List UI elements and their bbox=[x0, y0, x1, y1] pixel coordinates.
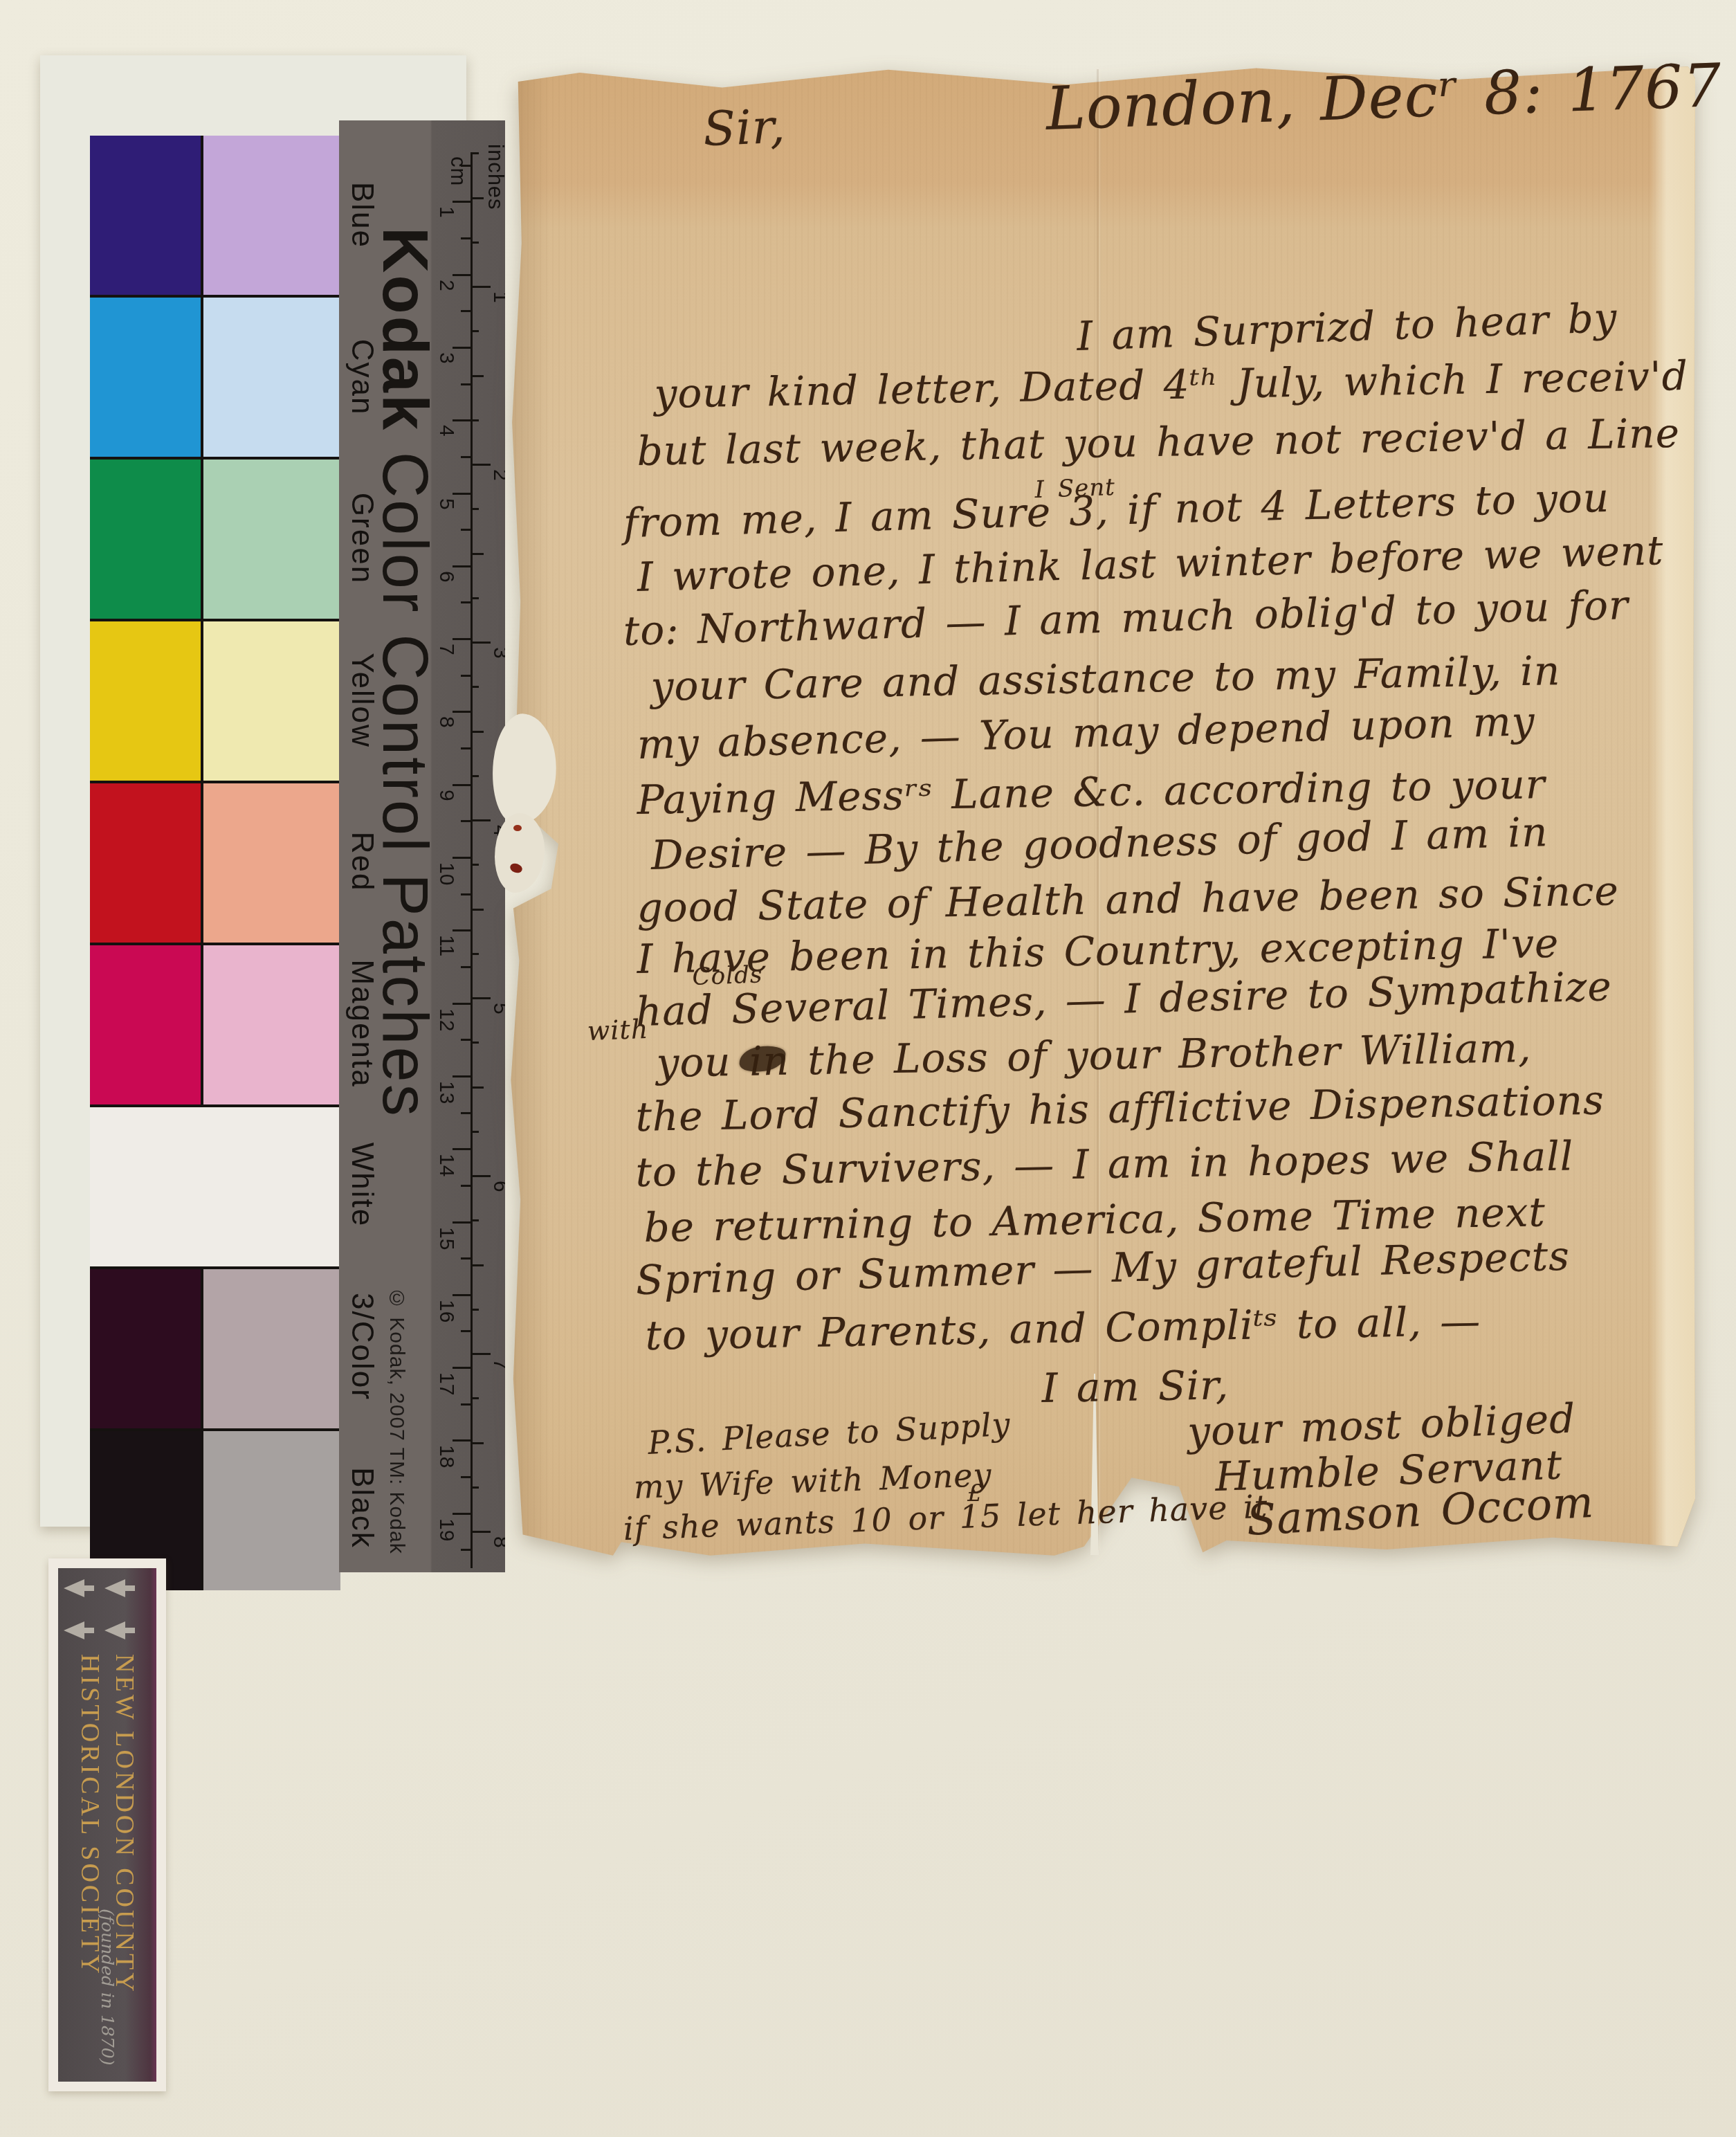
inch-sub-tick bbox=[473, 1264, 484, 1266]
patch-row-white bbox=[90, 1107, 340, 1266]
society-founded-note: (founded in 1870) bbox=[98, 1909, 118, 2065]
cm-half-tick bbox=[461, 1039, 470, 1041]
tint-patch-cyan bbox=[203, 298, 340, 457]
cm-number: 4 bbox=[435, 425, 458, 437]
cm-number: 10 bbox=[435, 862, 458, 885]
patch-label-white: White bbox=[345, 1143, 379, 1227]
cm-tick bbox=[453, 1513, 470, 1515]
inch-sub-tick bbox=[473, 375, 484, 377]
cm-number: 13 bbox=[435, 1081, 458, 1104]
cm-half-tick bbox=[461, 966, 470, 968]
inch-sub-tick bbox=[473, 775, 479, 777]
cm-number: 17 bbox=[435, 1372, 458, 1395]
cm-half-tick bbox=[461, 456, 470, 458]
cm-half-tick bbox=[461, 893, 470, 895]
society-label: NEW LONDON COUNTY HISTORICAL SOCIETY (fo… bbox=[48, 1558, 166, 2091]
tree-icon bbox=[62, 1575, 102, 1616]
tree-ornaments bbox=[62, 1575, 143, 1658]
cm-tick bbox=[453, 419, 470, 421]
cm-tick bbox=[453, 711, 470, 713]
tint-patch-yellow bbox=[203, 621, 340, 781]
cm-half-tick bbox=[461, 1185, 470, 1187]
cm-half-tick bbox=[461, 310, 470, 312]
tint-patch-blue bbox=[203, 136, 340, 295]
tint-patch-magenta bbox=[203, 945, 340, 1104]
inch-tick bbox=[473, 286, 491, 288]
cm-number: 8 bbox=[435, 716, 458, 728]
tint-patch-red bbox=[203, 783, 340, 943]
inch-sub-tick bbox=[473, 553, 484, 555]
color-patch-yellow bbox=[90, 621, 201, 781]
cm-half-tick bbox=[461, 165, 470, 167]
cm-tick bbox=[453, 1075, 470, 1077]
inch-tick bbox=[473, 997, 491, 999]
cm-number: 9 bbox=[435, 790, 458, 801]
inch-sub-tick bbox=[473, 152, 479, 154]
tree-icon bbox=[103, 1575, 143, 1616]
inch-tick bbox=[473, 1353, 491, 1355]
inch-sub-tick bbox=[473, 1309, 479, 1311]
patch-row-blue bbox=[90, 136, 340, 295]
inch-sub-tick bbox=[473, 909, 484, 911]
cm-half-tick bbox=[461, 747, 470, 749]
cm-number: 2 bbox=[435, 280, 458, 291]
cm-half-tick bbox=[461, 820, 470, 822]
letter-line: Sir, bbox=[702, 100, 787, 157]
inch-sub-tick bbox=[473, 1397, 479, 1399]
inch-number: 3 bbox=[488, 647, 505, 659]
inch-number: 8 bbox=[488, 1536, 505, 1548]
color-patch-cyan bbox=[90, 298, 201, 457]
cm-tick bbox=[453, 347, 470, 349]
cm-tick bbox=[453, 565, 470, 567]
inch-sub-tick bbox=[473, 197, 484, 199]
patch-row-magenta bbox=[90, 945, 340, 1104]
cm-number: 1 bbox=[435, 206, 458, 218]
patch-label-3-color: 3/Color bbox=[345, 1293, 379, 1401]
cm-number: 5 bbox=[435, 498, 458, 510]
cm-tick bbox=[453, 1148, 470, 1150]
patch-row-3-color bbox=[90, 1269, 340, 1428]
color-patch-magenta bbox=[90, 945, 201, 1104]
cm-half-tick bbox=[461, 1476, 470, 1478]
cm-tick bbox=[453, 1294, 470, 1296]
patch-row-green bbox=[90, 460, 340, 619]
inch-number: 5 bbox=[488, 1003, 505, 1015]
inch-tick bbox=[473, 642, 491, 644]
color-patch-red bbox=[90, 783, 201, 943]
cm-tick bbox=[453, 784, 470, 786]
cm-half-tick bbox=[461, 383, 470, 385]
color-patch-blue bbox=[90, 136, 201, 295]
patch-row-red bbox=[90, 783, 340, 943]
cm-tick bbox=[453, 1367, 470, 1369]
color-patch-grid bbox=[90, 136, 340, 1590]
cm-number: 3 bbox=[435, 352, 458, 364]
cm-number: 11 bbox=[435, 935, 458, 956]
kodak-chart-backing: BlueCyanGreenYellowRedMagentaWhite3/Colo… bbox=[40, 55, 466, 1527]
letter-line: I am Sir, bbox=[1041, 1361, 1230, 1412]
inch-sub-tick bbox=[473, 1219, 479, 1221]
inch-sub-tick bbox=[473, 1131, 479, 1133]
cm-tick bbox=[453, 638, 470, 640]
patch-label-black: Black bbox=[345, 1467, 379, 1549]
cm-half-tick bbox=[461, 529, 470, 531]
inch-sub-tick bbox=[473, 1042, 479, 1044]
kodak-title-rest: Color Control Patches bbox=[369, 432, 440, 1118]
color-patch-3-color bbox=[90, 1269, 201, 1428]
cm-tick bbox=[453, 274, 470, 276]
cm-number: 6 bbox=[435, 571, 458, 583]
patch-row-cyan bbox=[90, 298, 340, 457]
cm-half-tick bbox=[461, 1549, 470, 1551]
inch-tick bbox=[473, 819, 491, 821]
kodak-copyright: © Kodak, 2007 TM: Kodak bbox=[385, 1287, 408, 1554]
patch-row-yellow bbox=[90, 621, 340, 781]
color-patch-green bbox=[90, 460, 201, 619]
inch-sub-tick bbox=[473, 953, 479, 955]
inch-tick bbox=[473, 464, 491, 466]
inch-sub-tick bbox=[473, 1486, 479, 1489]
inch-sub-tick bbox=[473, 508, 479, 510]
cm-tick bbox=[453, 1003, 470, 1005]
color-patch-white bbox=[90, 1107, 340, 1266]
cm-number: 16 bbox=[435, 1300, 458, 1322]
cm-half-tick bbox=[461, 237, 470, 239]
inch-sub-tick bbox=[473, 330, 479, 332]
inch-number: 1 bbox=[488, 291, 505, 303]
cm-half-tick bbox=[461, 1403, 470, 1406]
ruler-centerline bbox=[470, 152, 473, 1568]
cm-tick bbox=[453, 1221, 470, 1224]
cm-number: 19 bbox=[435, 1518, 458, 1541]
kodak-chart-title: Kodak Color Control Patches bbox=[368, 227, 441, 1118]
cm-half-tick bbox=[461, 601, 470, 603]
cm-tick bbox=[453, 493, 470, 495]
inch-sub-tick bbox=[473, 1086, 484, 1089]
cm-tick bbox=[453, 857, 470, 859]
inch-sub-tick bbox=[473, 419, 479, 421]
inch-sub-tick bbox=[473, 731, 484, 733]
sealing-wax-speck bbox=[513, 825, 522, 831]
cm-half-tick bbox=[461, 675, 470, 677]
letter-line: with bbox=[587, 1014, 649, 1046]
cm-number: 12 bbox=[435, 1008, 458, 1031]
cm-tick bbox=[453, 929, 470, 931]
cm-half-tick bbox=[461, 1112, 470, 1114]
cm-number: 15 bbox=[435, 1227, 458, 1250]
tint-patch-green bbox=[203, 460, 340, 619]
inch-sub-tick bbox=[473, 1442, 484, 1444]
cm-half-tick bbox=[461, 1257, 470, 1260]
inch-sub-tick bbox=[473, 864, 479, 866]
cm-number: 14 bbox=[435, 1154, 458, 1176]
inch-sub-tick bbox=[473, 597, 479, 599]
inch-number: 2 bbox=[488, 469, 505, 481]
inch-tick bbox=[473, 1175, 491, 1177]
cm-tick bbox=[453, 201, 470, 203]
inch-number: 7 bbox=[488, 1358, 505, 1370]
society-label-inner: NEW LONDON COUNTY HISTORICAL SOCIETY (fo… bbox=[58, 1568, 156, 2082]
inch-tick bbox=[473, 1531, 491, 1533]
cm-number: 7 bbox=[435, 644, 458, 655]
inch-sub-tick bbox=[473, 686, 479, 688]
cm-tick bbox=[453, 1439, 470, 1442]
tint-patch-3-color bbox=[203, 1269, 340, 1428]
cm-half-tick bbox=[461, 1330, 470, 1332]
cm-number: 18 bbox=[435, 1445, 458, 1468]
kodak-brand: Kodak bbox=[369, 227, 440, 432]
inch-sub-tick bbox=[473, 242, 479, 244]
archival-photo-canvas: { "colors": { "backdrop": "#ebe8da", "pa… bbox=[0, 0, 1736, 2137]
tint-patch-black bbox=[203, 1431, 340, 1590]
inch-number: 6 bbox=[488, 1181, 505, 1192]
